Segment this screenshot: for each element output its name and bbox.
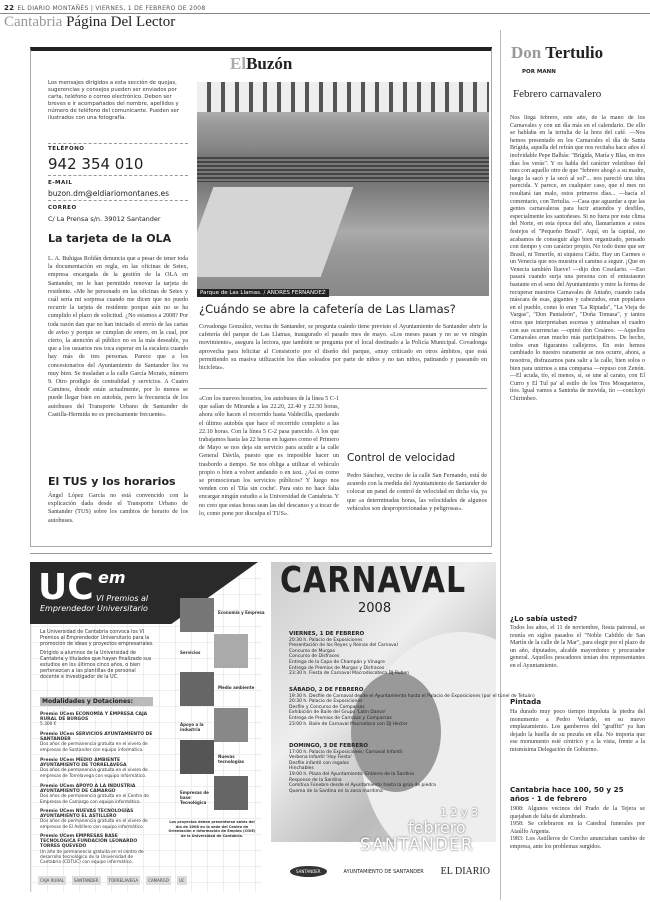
carnaval-title: CARNAVAL: [280, 560, 466, 602]
sponsor-logo: AYUNTAMIENTO DE SANTANDER: [344, 869, 424, 875]
premio-item: Premio UCem MEDIO AMBIENTE AYUNTAMIENTO …: [40, 758, 155, 779]
sponsor-logo: CAMARGO: [146, 876, 171, 885]
letter-body: L. A. Buhigas Roldán denuncia que a pesa…: [48, 255, 188, 419]
park-photo: [197, 82, 489, 296]
uc-subtitle-2: Emprendedor Universitario: [40, 604, 148, 613]
uc-logo-sup: em: [98, 568, 126, 587]
sponsor-logo: SANTANDER: [290, 866, 327, 877]
letter-title: ¿Cuándo se abre la cafetería de Las Llam…: [199, 302, 456, 316]
column-headline: Febrero carnavalero: [513, 88, 601, 100]
sponsor-logo: EL DIARIO: [441, 866, 490, 877]
page-title: Página Del Lector: [66, 14, 175, 30]
section-header: Cantabria Página Del Lector: [4, 14, 175, 31]
premio-title: Premio UCem ECONOMÍA Y EMPRESA CAJA RURA…: [40, 712, 155, 722]
uc-text: La Universidad de Cantabria convoca los …: [40, 630, 155, 681]
uc-tile-label: Nuevas tecnologías: [218, 754, 252, 764]
column-title-main: Tertulio: [545, 43, 603, 62]
uc-text-2: Dirigido a alumnos de la Universidad de …: [40, 651, 155, 681]
premio-title: Premio UCem MEDIO AMBIENTE AYUNTAMIENTO …: [40, 758, 155, 768]
uc-tile-photo: [180, 740, 214, 774]
buzon-title-prefix: El: [230, 54, 246, 73]
divider: [48, 143, 188, 144]
uc-subtitle: VI Premios alEmprendedor Universitario: [40, 604, 148, 614]
sabia-title: ¿Lo sabía usted?: [510, 614, 577, 623]
phone-label: TELÉFONO: [48, 146, 84, 152]
premio-title: Premio UCem SERVICIOS AYUNTAMIENTO DE SA…: [40, 732, 155, 742]
history-item: 1958: Se celebraron en la Catedral funer…: [510, 821, 645, 836]
letter-body: Covadonga González, vecina de Santander,…: [199, 323, 487, 372]
letter-title: Control de velocidad: [347, 452, 455, 464]
column-divider: [500, 30, 501, 900]
carnaval-day: DOMINGO, 3 DE FEBRERO 17:00 h. Palacio d…: [289, 744, 436, 794]
uc-tile-photo: [214, 708, 248, 742]
premio-desc: 5.300 €: [40, 722, 56, 727]
history-item: 1908: Algunos vecinos del Prado de la Te…: [510, 806, 645, 821]
premio-item: Premio UCem SERVICIOS AYUNTAMIENTO DE SA…: [40, 732, 155, 753]
mail-label: CORREO: [48, 205, 77, 211]
modalidades-title: Modalidades y Dotaciones:: [40, 697, 153, 706]
day-title: DOMINGO, 3 DE FEBRERO: [289, 743, 368, 749]
program-item: 23:30 h. Fiesta de Carnaval Macrodiscote…: [289, 671, 409, 677]
uc-sponsor-logos: CAJA RURALSANTANDERTORRELAVEGACAMARGOUC: [38, 870, 258, 890]
uc-logo: UC: [38, 570, 94, 606]
premio-title: Premio UCem APOYO A LA INDUSTRIA AYUNTAM…: [40, 784, 155, 794]
email-label: E-MAIL: [48, 180, 72, 186]
photo-caption: Parque de Las Llamas. / ANDRES FERNANDEZ: [197, 289, 329, 297]
carnaval-sponsors: SANTANDER AYUNTAMIENTO DE SANTANDER EL D…: [290, 866, 490, 877]
premio-desc: Dos años de permanencia gratuita en el v…: [40, 768, 148, 778]
program-item: 19:00 h. Plaza del Ayuntamiento: Entierr…: [289, 772, 436, 778]
history-list: 1908: Algunos vecinos del Prado de la Te…: [510, 806, 645, 852]
day-title: VIERNES, 1 DE FEBRERO: [289, 631, 364, 637]
uc-text-1: La Universidad de Cantabria convoca los …: [40, 630, 155, 648]
program-item: Presentación de los Reyes y Reinas del C…: [289, 643, 409, 649]
email-address[interactable]: buzon.dm@eldiariomontanes.es: [48, 189, 169, 198]
letter-title: La tarjeta de la OLA: [48, 232, 171, 245]
uc-tile-photo: [180, 672, 214, 706]
letter-title: El TUS y los horarios: [48, 475, 176, 488]
buzon-title-main: Buzón: [246, 54, 292, 73]
premio-title: Premio UCem NUEVAS TECNOLOGÍAS AYUNTAMIE…: [40, 809, 155, 819]
column-body: Nos llega febrero, este año, de la mano …: [510, 115, 645, 535]
premio-item: Premio UCem APOYO A LA INDUSTRIA AYUNTAM…: [40, 784, 155, 805]
sponsor-logo: CAJA RURAL: [38, 876, 66, 885]
premio-desc: Dos años de permanencia gratuita en el v…: [40, 742, 148, 752]
uc-tile-photo: [214, 634, 248, 668]
premio-item: Premio UCem EMPRESAS BASE TECNOLÓGICA FU…: [40, 834, 155, 865]
premio-desc: Un año de permanencia gratuita en el cen…: [40, 850, 144, 865]
divider: [199, 388, 487, 389]
carnaval-day: SÁBADO, 2 DE FEBRERO 19:30 h. Desfile de…: [289, 688, 535, 727]
page-folio: 22EL DIARIO MONTAÑÉS | VIERNES, 1 DE FEB…: [4, 4, 206, 12]
premio-desc: Dos años de permanencia gratuita en el C…: [40, 794, 149, 804]
premio-item: Premio UCem ECONOMÍA Y EMPRESA CAJA RURA…: [40, 712, 155, 728]
day-title: SÁBADO, 2 DE FEBRERO: [289, 687, 363, 693]
divider: [30, 553, 492, 554]
divider: [48, 200, 188, 201]
divider: [48, 175, 188, 176]
uc-tile-label: Empresas de base Tecnológica: [180, 790, 212, 805]
premio-desc: Dos años de permanencia gratuita en el v…: [40, 819, 148, 829]
history-item: 1983: Los Astilleros de Corcho anunciaba…: [510, 836, 645, 851]
premio-item: Premio UCem NUEVAS TECNOLOGÍAS AYUNTAMIE…: [40, 809, 155, 830]
letter-body: «Con los nuevos horarios, los autobuses …: [199, 395, 339, 545]
column-title-prefix: Don: [511, 43, 541, 62]
uc-tile-label: Economía y Empresa: [218, 610, 265, 615]
uc-subtitle-1: VI Premios al: [96, 594, 148, 604]
sponsor-logo: UC: [177, 876, 187, 885]
buzon-title: ElBuzón: [230, 54, 292, 74]
uc-deadline: Los proyectos deben presentarse antes de…: [167, 820, 257, 838]
uc-tile-label: Apoyo a la industria: [180, 722, 212, 732]
premio-title: Premio UCem EMPRESAS BASE TECNOLÓGICA FU…: [40, 834, 155, 850]
letter-body: Ángel López García no está convencido co…: [48, 492, 188, 525]
sabia-body: Todos los años, el 11 de noviembre, fies…: [510, 625, 645, 671]
buzon-intro: Los mensajes dirigidos a esta sección de…: [48, 80, 188, 122]
uc-tile-label: Servicios: [180, 650, 200, 655]
program-item: Quema de la Sardina en la zona marítima: [289, 789, 436, 795]
history-title: Cantabria hace 100, 50 y 25 años · 1 de …: [510, 785, 640, 803]
mail-address: C/ La Prensa s/n. 39012 Santander: [48, 215, 161, 223]
carnaval-city: SANTANDER: [360, 835, 474, 855]
uc-tile-photo: [214, 776, 248, 810]
folio-text: EL DIARIO MONTAÑÉS | VIERNES, 1 DE FEBRE…: [17, 5, 205, 12]
carnaval-year: 2008: [358, 601, 391, 616]
letter-body: Pedro Sánchez, vecino de la calle San Fe…: [347, 472, 487, 513]
sponsor-logo: SANTANDER: [72, 876, 101, 885]
page-number: 22: [4, 4, 14, 12]
column-title: Don Tertulio: [511, 43, 603, 63]
sponsor-logo: TORRELAVEGA: [107, 876, 141, 885]
section-name: Cantabria: [4, 14, 62, 30]
program-item: 23:00 h. Baile de Carnaval Macrodisco co…: [289, 722, 535, 728]
uc-tile-photo: [180, 598, 214, 632]
column-byline: POR MANN: [522, 69, 556, 75]
uc-tile-label: Medio ambiente: [218, 685, 254, 690]
phone-number: 942 354 010: [48, 155, 143, 173]
program-item: Comitiva Fúnebre desde el Ayuntamiento h…: [289, 783, 436, 789]
carnaval-day: VIERNES, 1 DE FEBRERO 20:30 h. Palacio d…: [289, 632, 409, 677]
